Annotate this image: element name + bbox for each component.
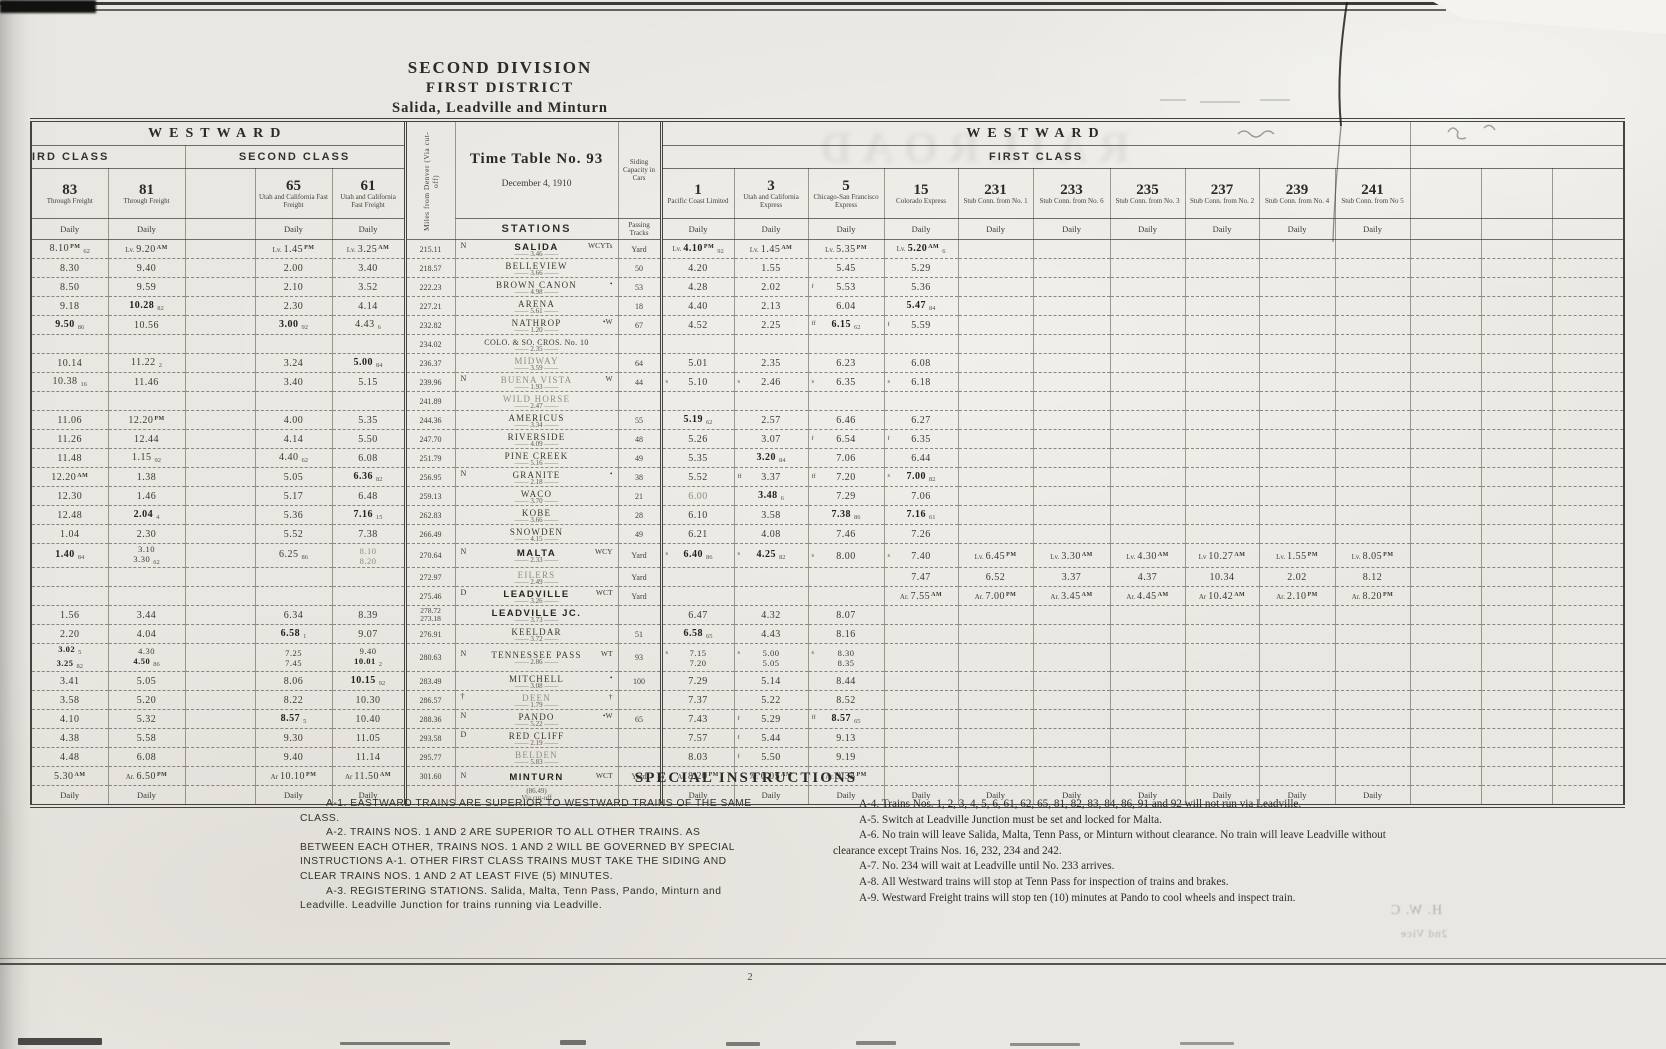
time-value: 7.29	[688, 676, 708, 687]
time-cell-train-61: 3.52	[332, 278, 405, 297]
time-cell-train-235	[1110, 449, 1185, 468]
time-cell-train-5	[808, 568, 884, 587]
time-cell-train-237	[1185, 729, 1259, 748]
time-value: 11.05	[356, 733, 381, 744]
time-cell-train-233	[1033, 729, 1110, 748]
time-cell-train-5: 6.23	[808, 354, 884, 373]
distance-to-next-station: —— 2.49 ——	[456, 579, 618, 586]
time-cell-train-237	[1185, 672, 1259, 691]
train-reference-number: 86	[706, 554, 713, 561]
time-value: 7.16	[354, 509, 374, 520]
train-frequency: Daily	[808, 219, 884, 240]
time-value: 5.20AM	[908, 243, 940, 254]
time-cell-train-e3	[1552, 430, 1624, 449]
train-reference-number: 86	[302, 554, 309, 561]
time-cell-train-65: 4.00	[255, 411, 332, 430]
station-cell: SNOWDEN—— 4.15 ——	[455, 525, 618, 544]
train-reference-number: 84	[929, 305, 936, 312]
time-cell-train-e1	[1410, 691, 1481, 710]
station-row: 9.508610.563.00924.436232.82NATHROP•W—— …	[31, 316, 1624, 335]
time-cell-train-235	[1110, 672, 1185, 691]
time-cell-train-83: 10.14	[31, 354, 108, 373]
time-cell-train-e3	[1552, 672, 1624, 691]
time-value: 3.20	[757, 452, 777, 463]
train-name: Stub Conn. from No. 3	[1111, 198, 1185, 206]
time-cell-train-1: 4.52	[661, 316, 734, 335]
time-value: 9.40	[137, 263, 157, 274]
time-cell-train-235	[1110, 240, 1185, 259]
time-cell-train-235	[1110, 411, 1185, 430]
milepost-value: 262.83	[407, 511, 455, 520]
time-value: 3.02	[58, 644, 75, 654]
arrive-depart-prefix: Lv.	[273, 246, 282, 254]
time-value: 8.52	[836, 695, 856, 706]
time-value: 6.18	[911, 377, 931, 388]
time-value: 7.00	[907, 471, 927, 482]
distance-to-next-station: —— 3.34 ——	[456, 422, 618, 429]
time-value: 5.35	[358, 415, 378, 426]
time-cell-train-233	[1033, 644, 1110, 672]
time-cell-train-15: s6.18	[884, 373, 958, 392]
time-value: 5.35PM	[836, 244, 867, 255]
time-cell-train-233	[1033, 487, 1110, 506]
time-value: 3.37	[1062, 572, 1082, 583]
time-value: 10.38	[53, 376, 78, 387]
time-cell-train-65: 3.24	[255, 354, 332, 373]
train-name: Utah and California Express	[735, 194, 808, 209]
special-instructions-left-column: A-1. EASTWARD TRAINS ARE SUPERIOR TO WES…	[300, 797, 752, 914]
station-name: GRANITE	[513, 470, 561, 480]
time-cell-train-233	[1033, 354, 1110, 373]
time-value: 5.22	[761, 695, 781, 706]
time-cell-train-15: Ar.7.55AM	[884, 587, 958, 606]
milepost-cell: 236.37	[405, 354, 455, 373]
time-cell-train-b1	[185, 625, 255, 644]
time-cell-train-233	[1033, 672, 1110, 691]
time-value: 4.10PM	[683, 243, 714, 254]
time-cell-train-239	[1259, 430, 1335, 449]
time-value: 5.15	[358, 377, 378, 388]
time-value: 6.00	[688, 491, 708, 502]
train-number: 65	[256, 178, 332, 194]
time-cell-train-3: 2.57	[734, 411, 808, 430]
milepost-cell: 215.11	[405, 240, 455, 259]
stop-mark: s	[812, 551, 815, 561]
time-cell-train-241	[1335, 354, 1410, 373]
stop-mark: s	[888, 377, 891, 387]
arrive-depart-prefix: Lv.	[1276, 553, 1285, 561]
time-cell-train-241	[1335, 748, 1410, 767]
time-cell-train-61: 5.35	[332, 411, 405, 430]
milepost-value: 247.70	[407, 435, 455, 444]
time-value: 4.30	[138, 646, 155, 656]
time-cell-train-83: 10.3816	[31, 373, 108, 392]
time-cell-train-e2	[1481, 672, 1552, 691]
train-frequency	[185, 786, 255, 807]
time-cell-train-e3	[1552, 240, 1624, 259]
time-cell-train-239	[1259, 316, 1335, 335]
time-cell-train-237: Ar10.42AM	[1185, 587, 1259, 606]
time-value: 3.30AM	[1061, 551, 1093, 562]
time-value: 4.25	[757, 549, 777, 560]
milepost-cell: 286.57	[405, 691, 455, 710]
train-reference-number: 82	[76, 663, 83, 670]
stop-mark: s	[738, 549, 741, 559]
time-value: 1.56	[60, 610, 80, 621]
time-cell-train-65: 2.30	[255, 297, 332, 316]
third-class-label: IRD CLASS	[31, 146, 185, 169]
time-value: 5.00	[354, 357, 374, 368]
stations-column-header: STATIONS	[455, 219, 618, 240]
station-name: SNOWDEN	[510, 527, 563, 537]
instruction-a2: A-2. TRAINS NOS. 1 AND 2 ARE SUPERIOR TO…	[300, 826, 752, 884]
time-cell-train-61: 6.08	[332, 449, 405, 468]
time-cell-train-1	[661, 587, 734, 606]
time-cell-train-83: 3.0253.2582	[31, 644, 108, 672]
time-value: 3.52	[358, 282, 378, 293]
time-value: 6.10	[688, 510, 708, 521]
time-cell-train-65	[255, 568, 332, 587]
distance-to-next-station: —— 3.66 ——	[456, 517, 618, 524]
route-title: Salida, Leadville and Minturn	[250, 100, 750, 117]
train-reference-number: 82	[929, 476, 936, 483]
time-value: 6.45PM	[986, 551, 1017, 562]
time-cell-train-15	[884, 606, 958, 625]
train-column-header-233: 233Stub Conn. from No. 6	[1033, 169, 1110, 219]
time-cell-train-15	[884, 625, 958, 644]
time-cell-train-e2	[1481, 240, 1552, 259]
station-call-letters: WCT	[596, 588, 613, 598]
time-cell-train-5: s8.308.35	[808, 644, 884, 672]
time-cell-train-3: 3.58	[734, 506, 808, 525]
siding-capacity-header: Siding Capacity in Cars	[618, 120, 661, 219]
distance-to-next-station: —— 5.22 ——	[456, 721, 618, 728]
time-cell-train-65: 8.22	[255, 691, 332, 710]
time-cell-train-241	[1335, 625, 1410, 644]
train-number: 239	[1260, 182, 1335, 198]
station-row: 1.563.446.348.39278.72273.18LEADVILLE JC…	[31, 606, 1624, 625]
train-name: Colorado Express	[885, 198, 958, 206]
station-name: EILERS	[518, 570, 556, 580]
time-cell-train-1: 7.29	[661, 672, 734, 691]
time-value: 5.14	[761, 676, 781, 687]
train-frequency	[1481, 219, 1552, 240]
train-frequency	[1552, 219, 1624, 240]
milepost-cell: 283.49	[405, 672, 455, 691]
time-cell-train-235	[1110, 373, 1185, 392]
train-column-header-239: 239Stub Conn. from No. 4	[1259, 169, 1335, 219]
time-cell-train-241	[1335, 691, 1410, 710]
time-cell-train-61: 7.38	[332, 525, 405, 544]
distance-to-next-station: —— 3.66 ——	[456, 270, 618, 277]
time-cell-train-e2	[1481, 691, 1552, 710]
time-value: 5.36	[911, 282, 931, 293]
time-cell-train-81: 5.58	[108, 729, 185, 748]
time-cell-train-e3	[1552, 644, 1624, 672]
time-value: 5.36	[284, 510, 304, 521]
time-value: 5.47	[907, 300, 927, 311]
time-cell-train-b1	[185, 644, 255, 672]
page-edge-mark	[560, 1040, 586, 1045]
time-cell-train-237: Lv10.27AM	[1185, 544, 1259, 568]
station-name: BELLEVIEW	[505, 261, 567, 271]
time-cell-train-237	[1185, 506, 1259, 525]
time-cell-train-b1	[185, 297, 255, 316]
time-value: 2.02	[761, 282, 781, 293]
time-value: 6.48	[358, 491, 378, 502]
time-cell-train-e3	[1552, 487, 1624, 506]
time-cell-train-233	[1033, 606, 1110, 625]
time-cell-train-235: Lv.4.30AM	[1110, 544, 1185, 568]
distance-to-next-station: —— 2.86 ——	[456, 659, 618, 666]
time-value: 6.15	[832, 319, 852, 330]
time-cell-train-241	[1335, 392, 1410, 411]
station-row: 241.89WILD HORSE—— 2.47 ——	[31, 392, 1624, 411]
train-reference-number: 62	[854, 324, 861, 331]
time-cell-train-235	[1110, 748, 1185, 767]
time-cell-train-231: Ar.7.00PM	[958, 587, 1033, 606]
time-cell-train-b1	[185, 729, 255, 748]
time-cell-train-b1	[185, 316, 255, 335]
time-cell-train-233	[1033, 691, 1110, 710]
time-value: 9.13	[836, 733, 856, 744]
time-cell-train-e1	[1410, 544, 1481, 568]
time-cell-train-231	[958, 240, 1033, 259]
time-cell-train-e3	[1552, 335, 1624, 354]
time-cell-train-81: 3.103.3062	[108, 544, 185, 568]
time-value: 3.30	[133, 554, 150, 564]
time-value: 1.55PM	[1287, 551, 1318, 562]
time-cell-train-83: 4.10	[31, 710, 108, 729]
time-value: 12.48	[57, 510, 82, 521]
station-row: 11.481.15924.40626.08251.79PINE CREEK—— …	[31, 449, 1624, 468]
time-cell-train-65: Lv.1.45PM	[255, 240, 332, 259]
time-value: 3.25AM	[358, 244, 390, 255]
train-number: 231	[959, 182, 1033, 198]
time-cell-train-83: 1.04	[31, 525, 108, 544]
station-row: 4.105.328.57510.40288.36NPANDO•W—— 5.22 …	[31, 710, 1624, 729]
time-cell-train-239	[1259, 335, 1335, 354]
station-cell: MITCHELL•—— 3.08 ——	[455, 672, 618, 691]
train-reference-number: 16	[81, 381, 88, 388]
siding-capacity-cell	[618, 748, 661, 767]
time-value: 5.05	[137, 676, 157, 687]
time-cell-train-3: 3.07	[734, 430, 808, 449]
time-cell-train-231	[958, 297, 1033, 316]
time-cell-train-15: 7.26	[884, 525, 958, 544]
time-cell-train-81: 4.304.5086	[108, 644, 185, 672]
time-cell-train-e1	[1410, 729, 1481, 748]
special-instructions-heading: SPECIAL INSTRUCTIONS	[0, 770, 1492, 787]
time-cell-train-241	[1335, 297, 1410, 316]
time-value: 5.45	[836, 263, 856, 274]
train-reference-number: 65	[854, 718, 861, 725]
time-cell-train-1: 4.20	[661, 259, 734, 278]
time-cell-train-3: f5.29	[734, 710, 808, 729]
time-cell-train-1: s5.10	[661, 373, 734, 392]
time-cell-train-e3	[1552, 748, 1624, 767]
milepost-cell: 293.58	[405, 729, 455, 748]
distance-to-next-station: —— 1.20 ——	[456, 327, 618, 334]
time-cell-train-e1	[1410, 606, 1481, 625]
distance-to-next-station: —— 5.83 ——	[456, 759, 618, 766]
time-cell-train-5: 9.19	[808, 748, 884, 767]
time-cell-train-5: 9.13	[808, 729, 884, 748]
milepost-cell: 295.77	[405, 748, 455, 767]
time-cell-train-e3	[1552, 767, 1624, 786]
time-value: 2.20	[60, 629, 80, 640]
timetable-title-block: Time Table No. 93December 4, 1910	[455, 120, 618, 219]
arrive-depart-prefix: Lv.	[672, 245, 681, 253]
time-cell-train-235	[1110, 606, 1185, 625]
time-value: 2.25	[761, 320, 781, 331]
time-cell-train-239	[1259, 411, 1335, 430]
time-cell-train-e3	[1552, 544, 1624, 568]
time-cell-train-83: 11.26	[31, 430, 108, 449]
time-value: 4.30AM	[1137, 551, 1169, 562]
train-column-header-1: 1Pacific Coast Limited	[661, 169, 734, 219]
instruction-a9: A-9. Westward Freight trains will stop t…	[833, 891, 1399, 907]
train-number: 15	[885, 182, 958, 198]
milepost-value: 232.82	[407, 321, 455, 330]
time-value: 2.00	[284, 263, 304, 274]
time-cell-train-b1	[185, 468, 255, 487]
siding-capacity-cell: 28	[618, 506, 661, 525]
train-name: Stub Conn. from No 5	[1336, 198, 1410, 206]
time-cell-train-3: s2.46	[734, 373, 808, 392]
time-value: 3.48	[758, 490, 778, 501]
time-cell-train-1	[661, 335, 734, 354]
time-cell-train-81: 3.44	[108, 606, 185, 625]
time-cell-train-65: 5.17	[255, 487, 332, 506]
time-cell-train-e2	[1481, 430, 1552, 449]
station-row: 4.385.589.3011.05293.58DRED CLIFF—— 2.19…	[31, 729, 1624, 748]
stop-mark: s	[738, 377, 741, 387]
time-cell-train-5: 7.46	[808, 525, 884, 544]
blank-header	[1410, 146, 1624, 169]
milepost-cell: 270.64	[405, 544, 455, 568]
stop-mark: f	[888, 434, 890, 444]
time-value: 3.37	[761, 472, 781, 483]
milepost-value: 239.96	[407, 378, 455, 387]
arrive-depart-prefix: Ar.	[900, 593, 909, 601]
time-value: 1.45PM	[284, 244, 315, 255]
time-cell-train-e3	[1552, 373, 1624, 392]
station-cell: †DEEN†—— 1.79 ——	[455, 691, 618, 710]
station-row: 8.309.402.003.40218.57BELLEVIEW—— 3.66 —…	[31, 259, 1624, 278]
time-cell-train-237	[1185, 335, 1259, 354]
station-cell: NBUENA VISTAW—— 1.93 ——	[455, 373, 618, 392]
train-name: Stub Conn. from No. 6	[1034, 198, 1110, 206]
time-cell-train-235	[1110, 392, 1185, 411]
time-cell-train-3: 4.08	[734, 525, 808, 544]
time-cell-train-65: 5.05	[255, 468, 332, 487]
train-column-header-81: 81Through Freight	[108, 169, 185, 219]
time-cell-train-237	[1185, 373, 1259, 392]
time-value: 4.40	[279, 452, 299, 463]
train-reference-number: 92	[379, 680, 386, 687]
time-value: 5.10	[688, 377, 708, 388]
time-cell-train-65: 7.257.45	[255, 644, 332, 672]
time-cell-train-5: 6.04	[808, 297, 884, 316]
train-name: Pacific Coast Limited	[663, 198, 734, 206]
time-value: 7.06	[911, 491, 931, 502]
time-value: 11.26	[57, 434, 82, 445]
milepost-cell: 276.91	[405, 625, 455, 644]
milepost-cell: 272.97	[405, 568, 455, 587]
train-column-header-3: 3Utah and California Express	[734, 169, 808, 219]
time-value: 4.45AM	[1137, 591, 1169, 602]
time-cell-train-65	[255, 335, 332, 354]
time-cell-train-235	[1110, 278, 1185, 297]
time-value: 8.03	[688, 752, 708, 763]
time-cell-train-3: 5.14	[734, 672, 808, 691]
time-cell-train-e1	[1410, 449, 1481, 468]
time-cell-train-239	[1259, 710, 1335, 729]
time-cell-train-65: 3.0092	[255, 316, 332, 335]
siding-capacity-cell	[618, 335, 661, 354]
station-row: 1.40843.103.30626.25868.108.20270.64NMAL…	[31, 544, 1624, 568]
time-cell-train-e2	[1481, 587, 1552, 606]
time-value: 7.29	[836, 491, 856, 502]
time-cell-train-235: 4.37	[1110, 568, 1185, 587]
time-cell-train-231	[958, 259, 1033, 278]
miles-label: Miles from Denver (Via cut-off)	[422, 131, 440, 231]
time-value: 10.15	[351, 675, 376, 686]
time-cell-train-3: 2.25	[734, 316, 808, 335]
time-cell-train-235	[1110, 710, 1185, 729]
station-row: 234.02COLO. & SO. CROS. No. 10—— 2.35 ——	[31, 335, 1624, 354]
milepost-cell: 247.70	[405, 430, 455, 449]
station-cell: NSALIDAWCYTs—— 3.46 ——	[455, 240, 618, 259]
train-name: Utah and California Fast Freight	[256, 194, 332, 209]
time-value: 6.34	[284, 610, 304, 621]
time-cell-train-e1	[1410, 748, 1481, 767]
scanned-timetable-page: RAILROAD SECOND DIVISION FIRST DISTRICT …	[0, 0, 1666, 1049]
time-cell-train-b1	[185, 335, 255, 354]
time-cell-train-65: 3.40	[255, 373, 332, 392]
time-cell-train-231	[958, 672, 1033, 691]
time-cell-train-239	[1259, 354, 1335, 373]
time-cell-train-b1	[185, 411, 255, 430]
time-cell-train-239	[1259, 525, 1335, 544]
time-value: 4.10	[60, 714, 80, 725]
time-cell-train-b1	[185, 240, 255, 259]
time-value: 4.43	[355, 319, 375, 330]
distance-to-next-station: —— 2.47 ——	[456, 403, 618, 410]
time-value: 4.52	[688, 320, 708, 331]
time-cell-train-239	[1259, 506, 1335, 525]
time-cell-train-e3	[1552, 411, 1624, 430]
time-cell-train-81: 12.20PM	[108, 411, 185, 430]
time-cell-train-e2	[1481, 625, 1552, 644]
time-value: 6.04	[836, 301, 856, 312]
time-value: 8.20	[360, 556, 377, 566]
station-name: LEADVILLE	[503, 589, 569, 600]
time-cell-train-e3	[1552, 587, 1624, 606]
time-value: 8.16	[836, 629, 856, 640]
time-cell-train-241: Ar.8.20PM	[1335, 587, 1410, 606]
time-cell-train-237	[1185, 449, 1259, 468]
time-cell-train-237	[1185, 748, 1259, 767]
milepost-cell: 262.83	[405, 506, 455, 525]
stop-mark: f	[812, 282, 814, 292]
time-cell-train-3: ff3.37	[734, 468, 808, 487]
time-value: 4.32	[761, 610, 781, 621]
time-cell-train-235: Ar.4.45AM	[1110, 587, 1185, 606]
time-value: 3.58	[60, 695, 80, 706]
time-cell-train-81: 9.40	[108, 259, 185, 278]
